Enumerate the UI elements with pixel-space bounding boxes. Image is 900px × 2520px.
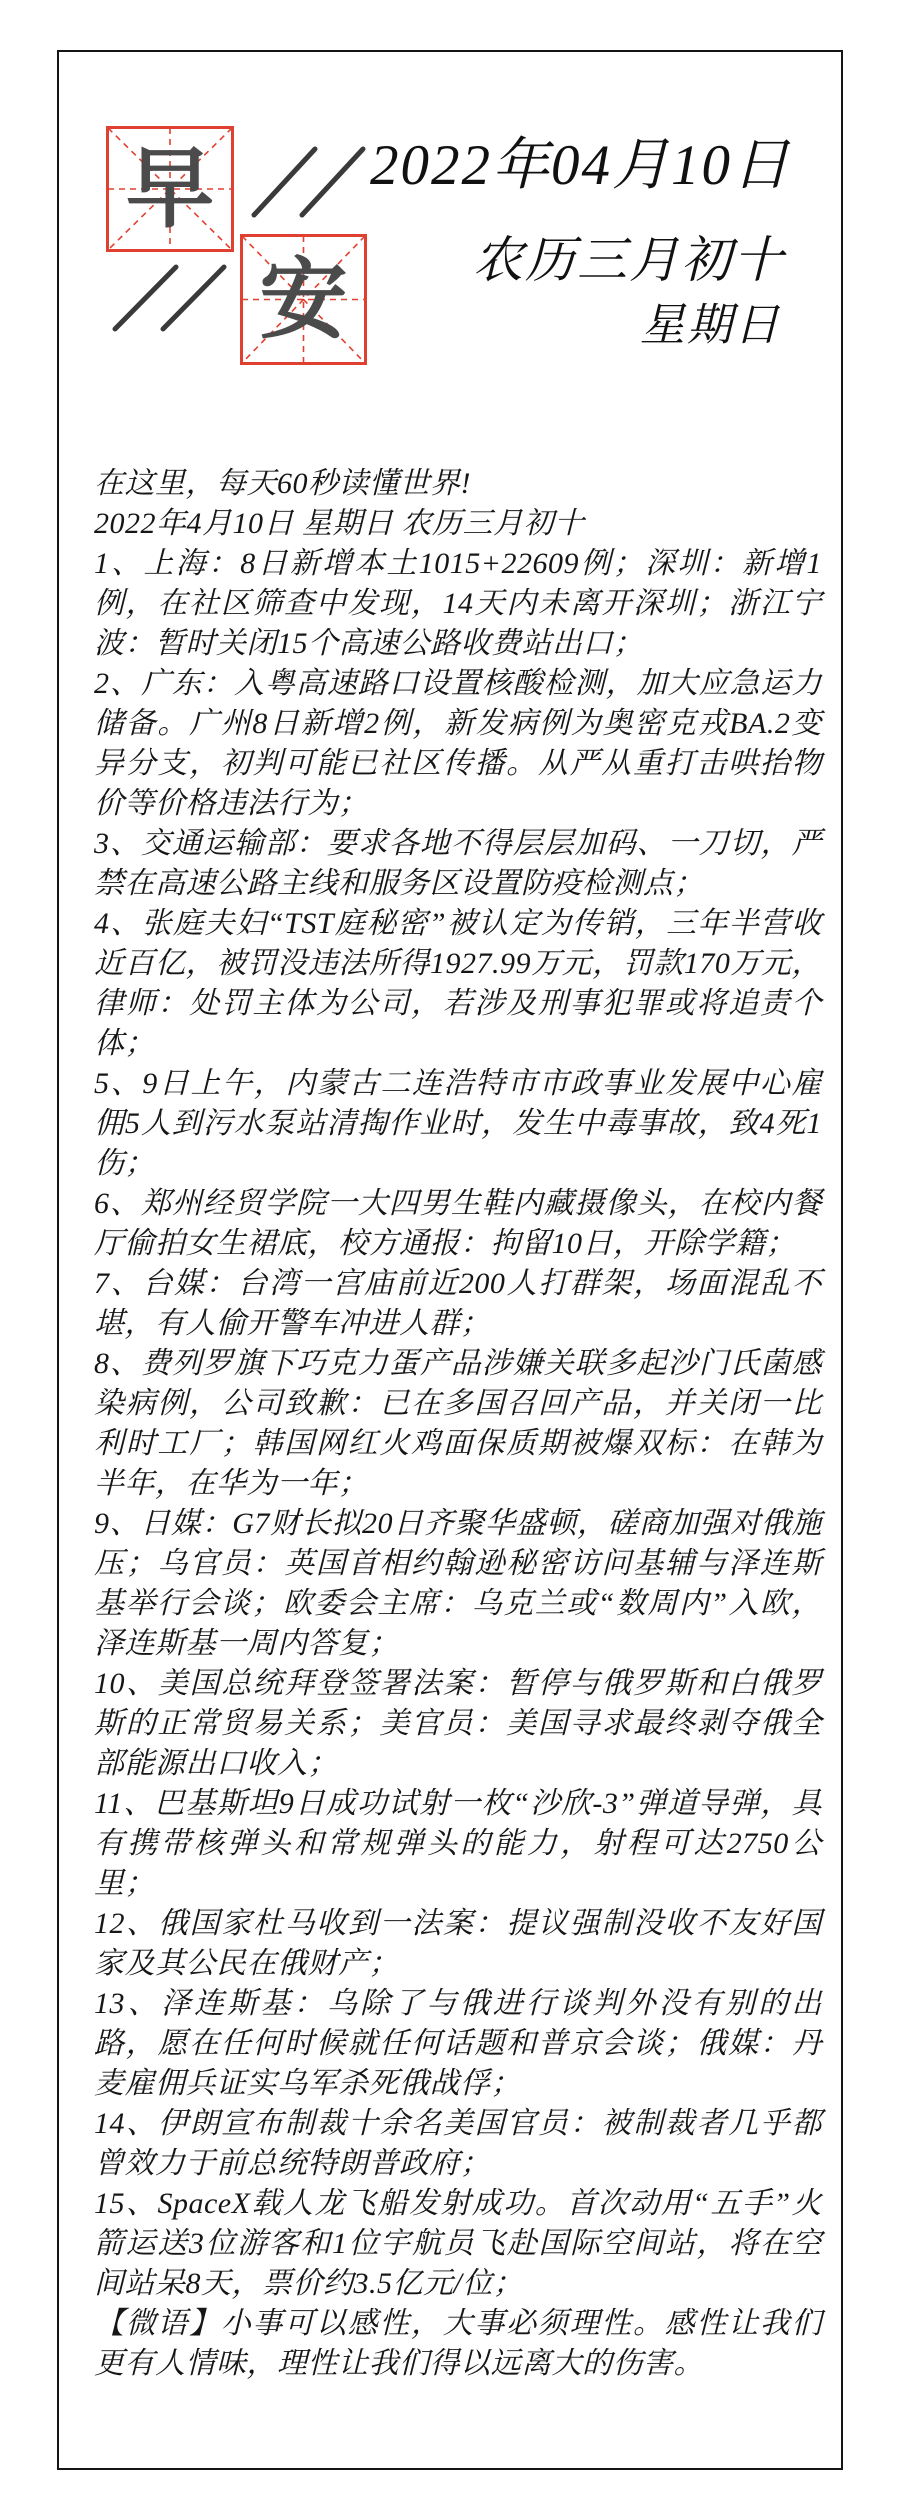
news-item: 4、张庭夫妇“TST庭秘密”被认定为传销，三年半营收近百亿，被罚没违法所得192… [94,904,822,1064]
news-item: 1、上海：8日新增本土1015+22609例；深圳：新增1例，在社区筛查中发现，… [94,544,822,664]
news-body: 在这里，每天60秒读懂世界! 2022年4月10日 星期日 农历三月初十 1、上… [94,464,822,2384]
date-weekday: 星期日 [370,302,791,349]
body-date-line: 2022年4月10日 星期日 农历三月初十 [94,504,822,544]
news-item: 5、9日上午，内蒙古二连浩特市市政事业发展中心雇佣5人到污水泵站清掏作业时，发生… [94,1064,822,1184]
news-item: 15、SpaceX载人龙飞船发射成功。首次动用“五手”火箭运送3位游客和1位宇航… [94,2184,822,2304]
date-gregorian: 2022年04月10日 [370,136,791,196]
double-slash-icon [112,263,228,333]
news-item: 2、广东：入粤高速路口设置核酸检测，加大应急运力储备。广州8日新增2例，新发病例… [94,664,822,824]
logo-grid-box-an: 安 [240,234,367,365]
date-lunar: 农历三月初十 [370,234,791,286]
news-item: 12、俄国家杜马收到一法案：提议强制没收不友好国家及其公民在俄财产； [94,1904,822,1984]
poster-frame: 早 安 2022年04月10日 农历三月初十 星期日 [57,50,843,2470]
double-slash-icon [251,144,367,219]
news-item: 10、美国总统拜登签署法案：暂停与俄罗斯和白俄罗斯的正常贸易关系；美官员：美国寻… [94,1664,822,1784]
news-item: 7、台媒：台湾一宫庙前近200人打群架，场面混乱不堪，有人偷开警车冲进人群； [94,1264,822,1344]
news-item: 14、伊朗宣布制裁十余名美国官员：被制裁者几乎都曾效力于前总统特朗普政府； [94,2104,822,2184]
intro-line: 在这里，每天60秒读懂世界! [94,464,822,504]
news-item: 11、巴基斯坦9日成功试射一枚“沙欣-3”弹道导弹，具有携带核弹头和常规弹头的能… [94,1784,822,1904]
weiyu-quote: 【微语】小事可以感性，大事必须理性。感性让我们更有人情味，理性让我们得以远离大的… [94,2304,822,2384]
news-item: 13、泽连斯基：乌除了与俄进行谈判外没有别的出路，愿在任何时候就任何话题和普京会… [94,1984,822,2104]
morning-news-poster: 早 安 2022年04月10日 农历三月初十 星期日 [0,0,900,2520]
news-item: 6、郑州经贸学院一大四男生鞋内藏摄像头，在校内餐厅偷拍女生裙底，校方通报：拘留1… [94,1184,822,1264]
date-block: 2022年04月10日 农历三月初十 星期日 [370,136,791,349]
logo-char-zao: 早 [106,126,234,252]
news-item: 8、费列罗旗下巧克力蛋产品涉嫌关联多起沙门氏菌感染病例，公司致歉：已在多国召回产… [94,1344,822,1504]
news-item: 3、交通运输部：要求各地不得层层加码、一刀切，严禁在高速公路主线和服务区设置防疫… [94,824,822,904]
logo-char-an: 安 [240,234,367,365]
logo-grid-box-zao: 早 [106,126,234,252]
news-item: 9、日媒：G7财长拟20日齐聚华盛顿，磋商加强对俄施压；乌官员：英国首相约翰逊秘… [94,1504,822,1664]
